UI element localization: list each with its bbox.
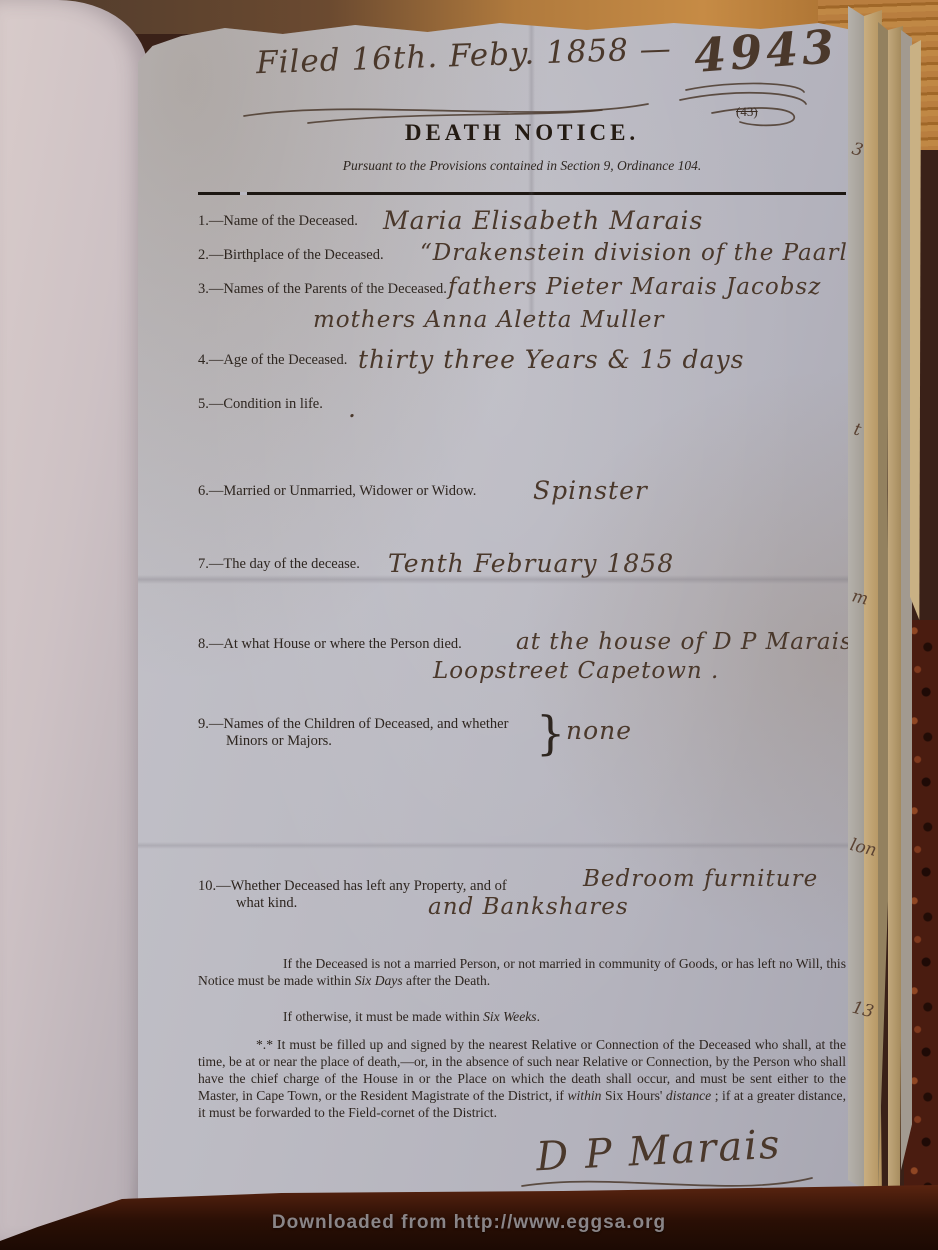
item-10-answer2-handwriting: and Bankshares (428, 894, 629, 920)
form-item-4: 4.—Age of the Deceased. thirty three Yea… (198, 352, 846, 369)
torn-edge-strip (888, 26, 903, 1186)
item-10-label2: what kind. (236, 895, 297, 911)
form-item-9: 9.—Names of the Children of Deceased, an… (198, 716, 846, 750)
form-subtitle: Pursuant to the Provisions contained in … (198, 158, 846, 174)
form-item-6: 6.—Married or Unmarried, Widower or Wido… (198, 483, 846, 500)
form-item-7: 7.—The day of the decease. Tenth Februar… (198, 556, 846, 573)
item-4-label: 4.—Age of the Deceased. (198, 352, 347, 368)
book-photo: { "palette":{ "paper":"#bcbbc3","facing-… (0, 0, 938, 1250)
note-3-emphasis-within: within (567, 1088, 601, 1103)
item-3-answer2-handwriting: mothers Anna Aletta Muller (313, 307, 664, 333)
item-8-answer2-handwriting: Loopstreet Capetown . (433, 658, 719, 684)
item-1-answer-handwriting: Maria Elisabeth Marais (383, 206, 703, 235)
asterism-mark: *.* (256, 1037, 273, 1052)
item-2-label: 2.—Birthplace of the Deceased. (198, 247, 384, 263)
item-3-answer-handwriting: fathers Pieter Marais Jacobsz (448, 274, 821, 300)
item-8-answer-handwriting: at the house of D P Marais (516, 629, 853, 655)
form-content: DEATH NOTICE. Pursuant to the Provisions… (198, 20, 846, 1200)
item-3-label: 3.—Names of the Parents of the Deceased. (198, 281, 447, 297)
item-6-label: 6.—Married or Unmarried, Widower or Wido… (198, 483, 476, 499)
note-2-text: If otherwise, it must be made within (283, 1009, 483, 1024)
item-9-label: 9.—Names of the Children of Deceased, an… (198, 716, 508, 732)
form-item-10: 10.—Whether Deceased has left any Proper… (198, 878, 846, 912)
note-six-weeks: If otherwise, it must be made within Six… (198, 1008, 846, 1025)
note-3-mid: Six Hours' (601, 1088, 665, 1103)
item-10-answer-handwriting: Bedroom furniture (583, 866, 818, 892)
form-item-1: 1.—Name of the Deceased. Maria Elisabeth… (198, 213, 846, 230)
note-1-emphasis: Six Days (355, 973, 403, 988)
form-item-3: 3.—Names of the Parents of the Deceased.… (198, 281, 846, 298)
note-1-text: If the Deceased is not a married Person,… (198, 956, 846, 988)
note-instructions: *.* It must be filled up and signed by t… (198, 1036, 846, 1121)
note-2-tail: . (537, 1009, 540, 1024)
note-3-emphasis-distance: distance (666, 1088, 711, 1103)
item-9-label2: Minors or Majors. (226, 733, 332, 749)
item-4-answer-handwriting: thirty three Years & 15 days (358, 345, 744, 374)
form-title: DEATH NOTICE. (198, 120, 846, 146)
watermark-text: Downloaded from http://www.eggsa.org (0, 1212, 938, 1234)
note-six-days: If the Deceased is not a married Person,… (198, 955, 846, 989)
facing-page-edge (0, 0, 148, 1245)
form-item-5: 5.—Condition in life. . (198, 396, 846, 413)
item-1-label: 1.—Name of the Deceased. (198, 213, 358, 229)
header-rule (198, 192, 846, 195)
note-1-tail: after the Death. (403, 973, 491, 988)
note-2-emphasis: Six Weeks (483, 1009, 536, 1024)
item-5-label: 5.—Condition in life. (198, 396, 323, 412)
form-item-2: 2.—Birthplace of the Deceased. “Drakenst… (198, 247, 846, 264)
death-notice-page: Filed 16th. Feby. 1858 — 4943 (43) DEATH… (138, 20, 862, 1200)
item-7-label: 7.—The day of the decease. (198, 556, 360, 572)
item-10-label: 10.—Whether Deceased has left any Proper… (198, 878, 507, 894)
item-5-answer-handwriting: . (348, 394, 357, 423)
item-8-label: 8.—At what House or where the Person die… (198, 636, 462, 652)
item-7-answer-handwriting: Tenth February 1858 (388, 549, 674, 578)
item-9-answer-handwriting: none (566, 716, 632, 745)
form-item-8: 8.—At what House or where the Person die… (198, 636, 846, 653)
item-9-brace: } (536, 706, 565, 760)
item-2-answer-handwriting: “Drakenstein division of the Paarl (420, 240, 848, 266)
item-6-answer-handwriting: Spinster (533, 476, 648, 505)
torn-edge-strip (910, 40, 921, 620)
